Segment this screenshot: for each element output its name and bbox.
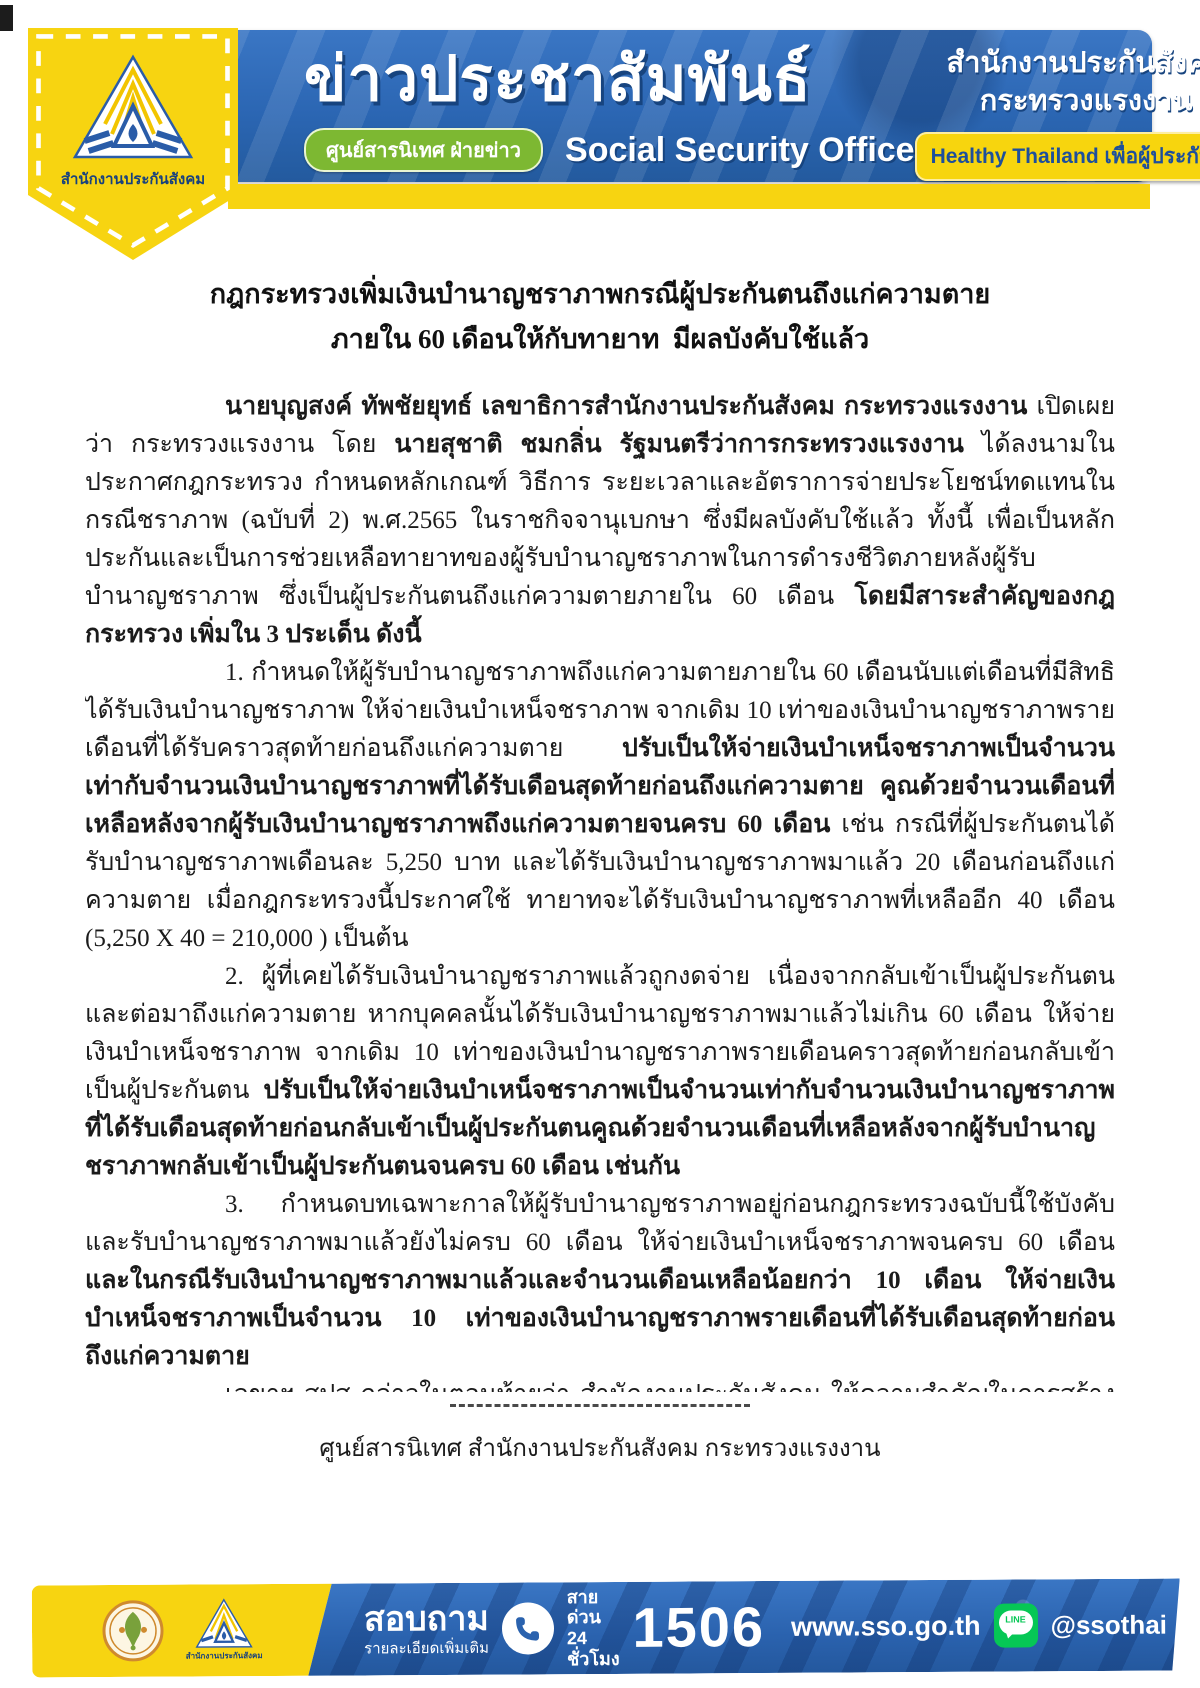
- ribbon-stitch-border: [28, 28, 238, 260]
- document-title-line2: ภายใน 60 เดือนให้กับทายาท มีผลบังคับใช้แ…: [85, 317, 1115, 362]
- paragraph: นายบุญสงค์ ทัพชัยยุทธ์ เลขาธิการสำนักงาน…: [85, 388, 1115, 654]
- footer-sso-label: สำนักงานประกันสังคม: [186, 1649, 263, 1662]
- website-url: www.sso.go.th: [791, 1610, 981, 1642]
- healthy-thailand-badge: Healthy Thailand เพื่อผู้ประกันตน: [915, 132, 1200, 181]
- footer-yellow-panel: สำนักงานประกันสังคม: [32, 1584, 333, 1678]
- ministry-of-labour-seal-icon: [101, 1600, 163, 1662]
- hotline-label-line1: สายด่วน: [567, 1587, 620, 1629]
- paragraph: 2. ผู้ที่เคยได้รับเงินบำนาญชราภาพแล้วถูก…: [85, 958, 1115, 1186]
- org-name-line2: กระทรวงแรงงาน: [915, 82, 1200, 120]
- banner-title-thai: ข่าวประชาสัมพันธ์: [304, 34, 915, 126]
- paragraph: 3. กำหนดบทเฉพาะกาลให้ผู้รับบำนาญชราภาพอย…: [85, 1186, 1115, 1376]
- footer-blue-panel: สอบถาม รายละเอียดเพิ่มเติม สายด่วน 24 ชั…: [308, 1578, 1181, 1675]
- press-release-banner: ข่าวประชาสัมพันธ์ ศูนย์สารนิเทศ ฝ่ายข่าว…: [222, 30, 1152, 182]
- press-release-page: ข่าวประชาสัมพันธ์ ศูนย์สารนิเทศ ฝ่ายข่าว…: [0, 0, 1200, 1688]
- line-app-icon: LINE: [993, 1603, 1037, 1647]
- ask-title: สอบถาม: [364, 1602, 489, 1637]
- hotline-number: 1506: [632, 1599, 765, 1656]
- news-center-pill: ศูนย์สารนิเทศ ฝ่ายข่าว: [304, 128, 543, 172]
- footer-contact-banner: สำนักงานประกันสังคม สอบถาม รายละเอียดเพิ…: [32, 1578, 1181, 1677]
- document-signoff: ศูนย์สารนิเทศ สำนักงานประกันสังคม กระทรว…: [0, 1428, 1200, 1467]
- document-title-line1: กฎกระทรวงเพิ่มเงินบำนาญชราภาพกรณีผู้ประก…: [85, 272, 1115, 317]
- banner-title-english: Social Security Office: [565, 131, 915, 170]
- banner-yellow-underbar: [228, 184, 1150, 209]
- paragraph: 1. กำหนดให้ผู้รับบำนาญชราภาพถึงแก่ความตา…: [85, 654, 1115, 958]
- ask-subtitle: รายละเอียดเพิ่มเติม: [364, 1641, 489, 1657]
- scan-corner-mark: [0, 5, 13, 31]
- document-body: กฎกระทรวงเพิ่มเงินบำนาญชราภาพกรณีผู้ประก…: [85, 272, 1115, 1392]
- line-badge-text: LINE: [994, 1614, 1038, 1624]
- org-name-line1: สำนักงานประกันสังคม: [915, 44, 1200, 82]
- sso-ribbon: สำนักงานประกันสังคม: [28, 28, 238, 260]
- hotline-label-line2: 24 ชั่วโมง: [567, 1628, 620, 1670]
- separator-dashed-line: [450, 1404, 750, 1407]
- footer-sso-logo-icon: [195, 1598, 253, 1648]
- phone-icon: [502, 1602, 554, 1654]
- document-paragraphs: นายบุญสงค์ ทัพชัยยุทธ์ เลขาธิการสำนักงาน…: [85, 388, 1115, 1392]
- line-account-id: @ssothai: [1050, 1609, 1167, 1641]
- paragraph: เลขาฯ สปส กล่าวในตอนท้ายว่า สำนักงานประก…: [85, 1376, 1115, 1392]
